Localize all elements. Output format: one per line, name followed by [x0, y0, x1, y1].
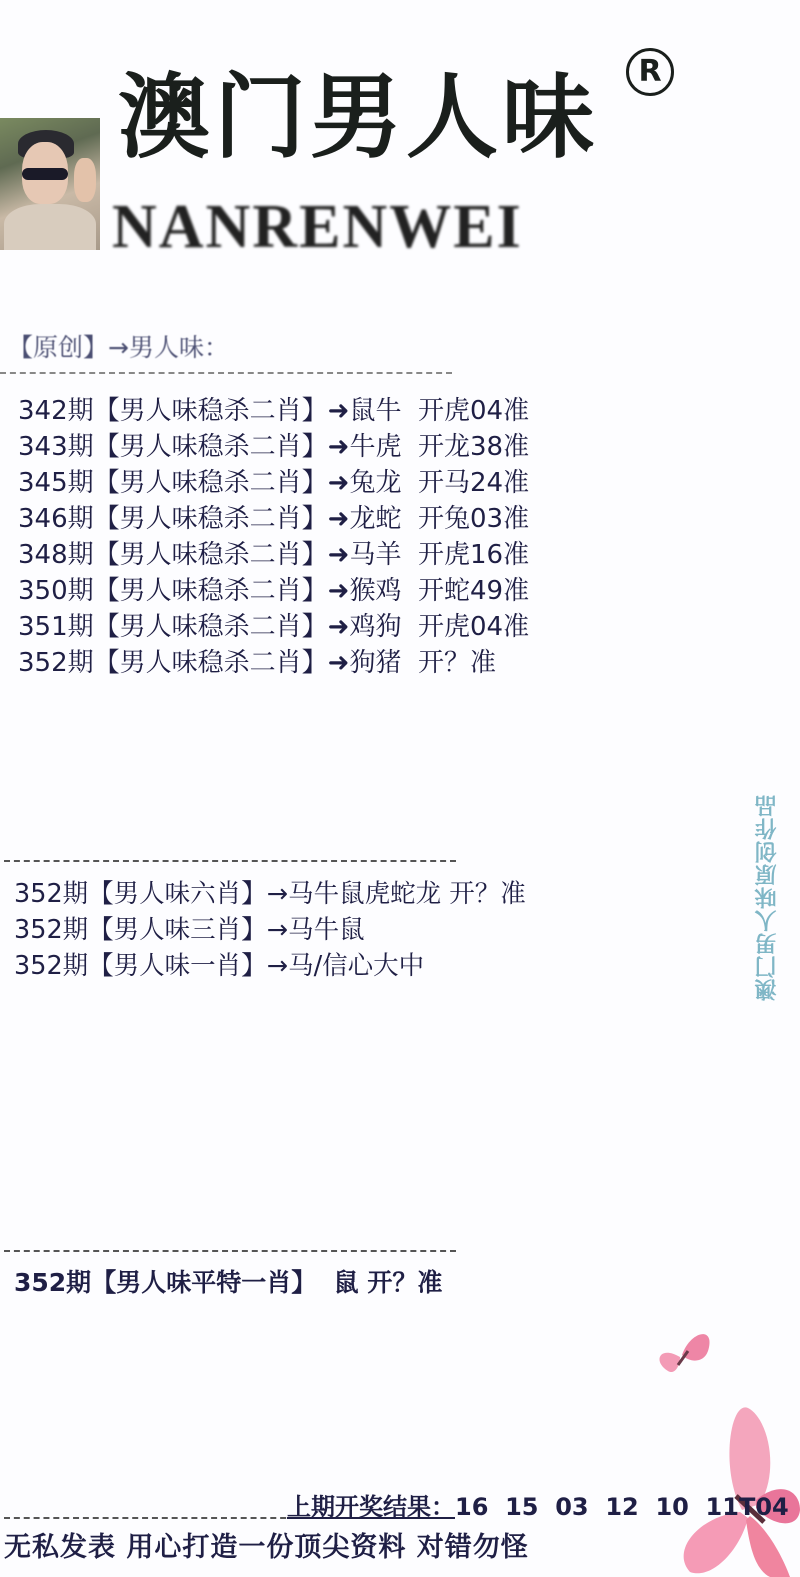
last-draw-result: 上期开奖结果：16 15 03 12 10 11T04 — [287, 1487, 789, 1522]
zodiac-picks-list: 352期【男人味六肖】→马牛鼠虎蛇龙 开？准 352期【男人味三肖】→马牛鼠 3… — [14, 876, 526, 984]
arrow-icon: ➜ — [328, 648, 350, 678]
arrow-icon: ➜ — [328, 504, 350, 534]
list-item: 352期【男人味六肖】→马牛鼠虎蛇龙 开？准 — [14, 876, 526, 912]
arrow-icon: ➜ — [328, 396, 350, 426]
footer-slogan: 无私发表 用心打造一份顶尖资料 对错勿怪 — [4, 1525, 529, 1564]
brand-subtitle: NANRENWEI — [112, 196, 523, 258]
list-item: 343期【男人味稳杀二肖】➜牛虎 开龙38准 — [18, 429, 529, 465]
special-pick: 352期【男人味平特一肖】 鼠 开？准 — [14, 1265, 442, 1301]
kill-two-list: 342期【男人味稳杀二肖】➜鼠牛 开虎04准 343期【男人味稳杀二肖】➜牛虎 … — [18, 393, 529, 681]
arrow-icon: ➜ — [328, 612, 350, 642]
section-label: 【原创】→男人味： — [8, 328, 229, 364]
arrow-icon: → — [267, 915, 288, 945]
brand-title: 澳门男人味 — [118, 72, 598, 164]
list-item: 348期【男人味稳杀二肖】➜马羊 开虎16准 — [18, 537, 529, 573]
arrow-icon: ➜ — [328, 576, 350, 606]
divider — [4, 1517, 296, 1519]
registered-mark-icon: R — [626, 48, 674, 96]
divider — [4, 1250, 456, 1252]
arrow-icon: ➜ — [328, 432, 350, 462]
list-item: 346期【男人味稳杀二肖】➜龙蛇 开兔03准 — [18, 501, 529, 537]
arrow-icon: → — [267, 879, 288, 909]
list-item: 350期【男人味稳杀二肖】➜猴鸡 开蛇49准 — [18, 573, 529, 609]
avatar-photo — [0, 118, 100, 250]
arrow-icon: → — [267, 951, 288, 981]
arrow-icon: ➜ — [328, 540, 350, 570]
list-item: 352期【男人味三肖】→马牛鼠 — [14, 912, 526, 948]
list-item: 352期【男人味稳杀二肖】➜狗猪 开？准 — [18, 645, 529, 681]
divider — [4, 860, 456, 862]
list-item: 342期【男人味稳杀二肖】➜鼠牛 开虎04准 — [18, 393, 529, 429]
list-item: 345期【男人味稳杀二肖】➜兔龙 开马24准 — [18, 465, 529, 501]
butterfly-small-icon — [650, 1325, 720, 1385]
arrow-icon: ➜ — [328, 468, 350, 498]
list-item: 351期【男人味稳杀二肖】➜鸡狗 开虎04准 — [18, 609, 529, 645]
divider — [0, 372, 452, 374]
list-item: 352期【男人味一肖】→马/信心大中 — [14, 948, 526, 984]
result-numbers: 16 15 03 12 10 11T04 — [455, 1493, 789, 1521]
side-watermark: 澳门男人味原创作品 — [752, 768, 786, 1028]
